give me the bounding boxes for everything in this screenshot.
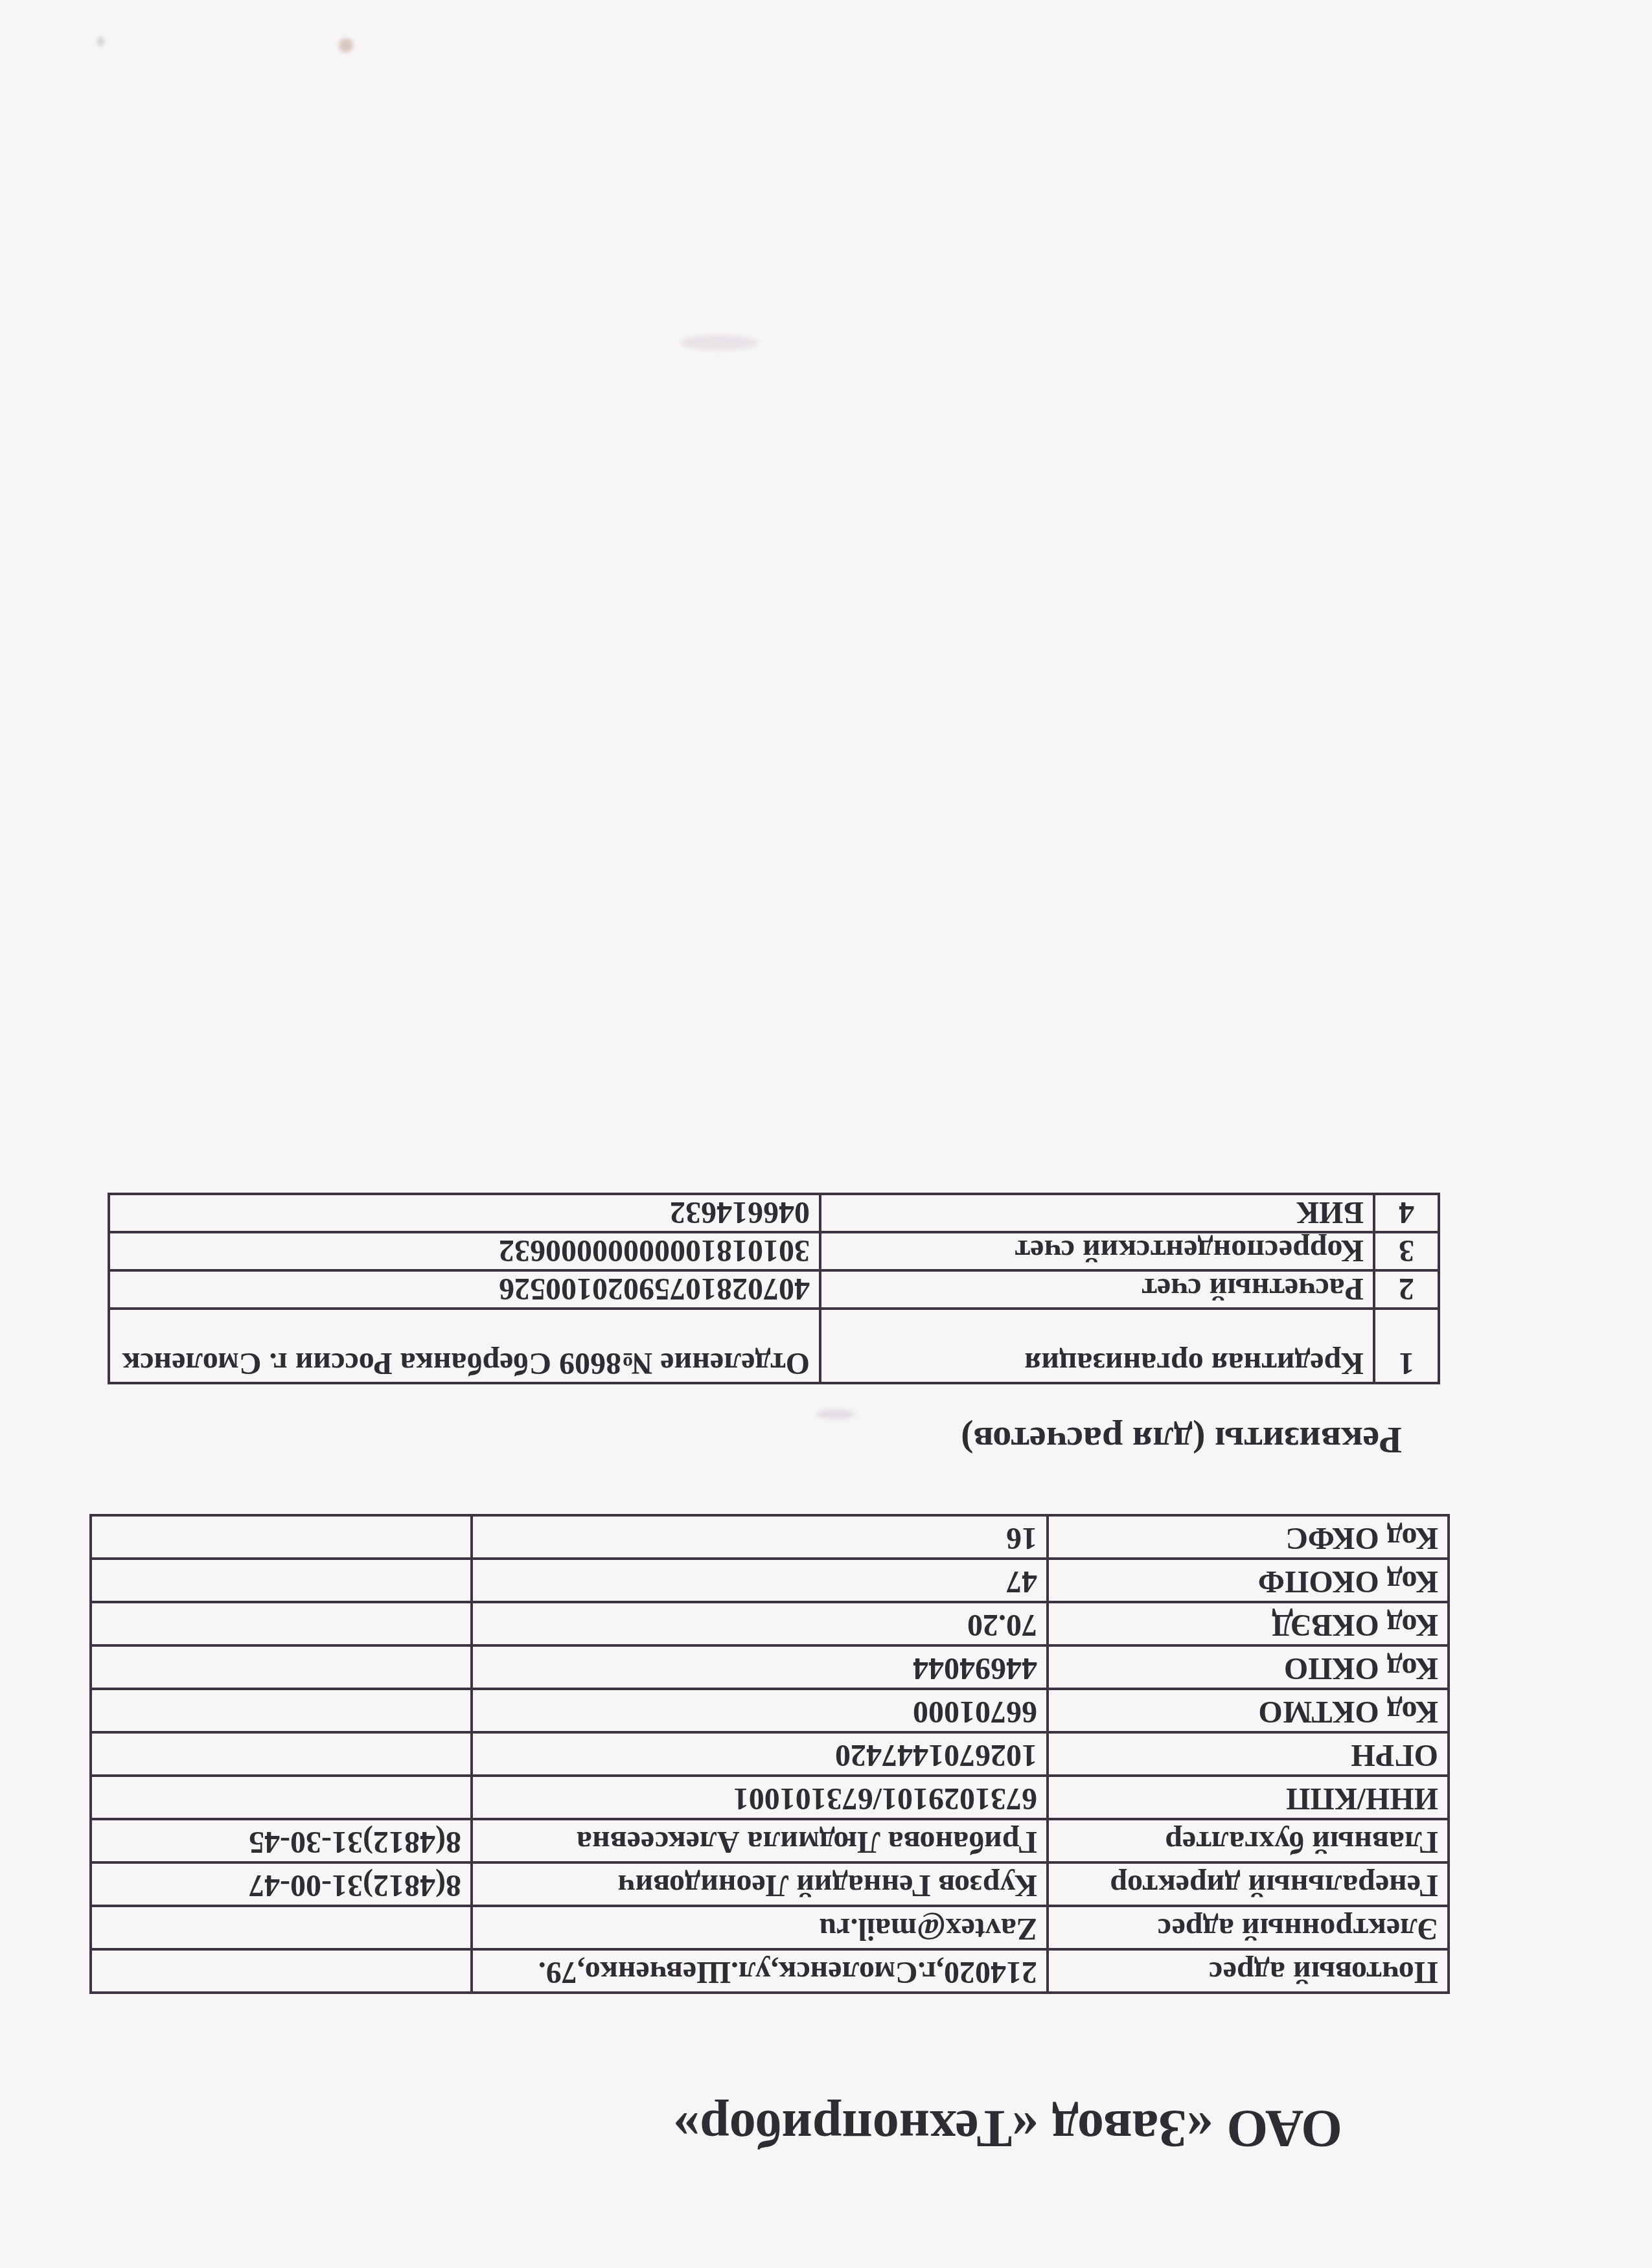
- row-value: 30101810000000000632: [109, 1232, 820, 1270]
- row-value: 40702810759020100526: [109, 1270, 820, 1309]
- table-row: Код ОКФС16: [91, 1515, 1449, 1559]
- row-phone: [91, 1515, 472, 1559]
- row-phone: [91, 1689, 472, 1732]
- scan-speck: [339, 38, 353, 52]
- row-value: Курзов Геннадий Леонидович: [472, 1862, 1048, 1906]
- table-row: Главный бухгалтерГрибанова Людмила Алекс…: [91, 1819, 1449, 1862]
- row-value: Zavtex@mail.ru: [472, 1906, 1048, 1949]
- row-phone: [91, 1906, 472, 1949]
- bank-details-heading: Реквизиты (для расчетов): [961, 1419, 1402, 1462]
- row-phone: [91, 1602, 472, 1645]
- row-value: 47: [472, 1559, 1048, 1602]
- company-title: ОАО «Завод «Техноприбор»: [673, 2098, 1342, 2159]
- row-label: Генеральный директор: [1048, 1862, 1449, 1906]
- bank-details-table: 1Кредитная организацияОтделение №8609 Сб…: [108, 1193, 1440, 1384]
- row-value: Грибанова Людмила Алексеевна: [472, 1819, 1048, 1862]
- row-label: Расчетный счет: [820, 1270, 1374, 1309]
- row-value: 6731029101/673101001: [472, 1776, 1048, 1819]
- row-value: 44694044: [472, 1645, 1048, 1689]
- row-value: 046614632: [109, 1194, 820, 1232]
- table-row: Генеральный директорКурзов Геннадий Леон…: [91, 1862, 1449, 1906]
- row-phone: 8(4812)31-30-45: [91, 1819, 472, 1862]
- row-label: Главный бухгалтер: [1048, 1819, 1449, 1862]
- row-value: 70.20: [472, 1602, 1048, 1645]
- row-label: ИНН/КПП: [1048, 1776, 1449, 1819]
- row-label: Код ОКВЭД: [1048, 1602, 1449, 1645]
- row-label: Код ОКТМО: [1048, 1689, 1449, 1732]
- row-phone: [91, 1559, 472, 1602]
- table-row: 1Кредитная организацияОтделение №8609 Сб…: [109, 1309, 1439, 1383]
- scan-smudge: [816, 1409, 855, 1419]
- row-label: Код ОКПО: [1048, 1645, 1449, 1689]
- row-number: 2: [1374, 1270, 1439, 1309]
- table-row: 3Корреспондентский счет30101810000000000…: [109, 1232, 1439, 1270]
- row-label: Почтовый адрес: [1048, 1949, 1449, 1993]
- row-value: Отделение №8609 Сбербанка России г. Смол…: [109, 1309, 820, 1383]
- row-number: 3: [1374, 1232, 1439, 1270]
- table-row: ИНН/КПП6731029101/673101001: [91, 1776, 1449, 1819]
- row-label: Корреспондентский счет: [820, 1232, 1374, 1270]
- company-details-table: Почтовый адрес214020,г.Смоленск,ул.Шевче…: [89, 1514, 1450, 1994]
- row-phone: [91, 1732, 472, 1776]
- row-value: 214020,г.Смоленск,ул.Шевченко,79.: [472, 1949, 1048, 1993]
- table-row: Код ОКОПФ47: [91, 1559, 1449, 1602]
- table-row: Код ОКТМО66701000: [91, 1689, 1449, 1732]
- row-value: 1026701447420: [472, 1732, 1048, 1776]
- row-value: 16: [472, 1515, 1048, 1559]
- table-row: Код ОКПО44694044: [91, 1645, 1449, 1689]
- table-row: Почтовый адрес214020,г.Смоленск,ул.Шевче…: [91, 1949, 1449, 1993]
- table-row: 4БИК046614632: [109, 1194, 1439, 1232]
- row-phone: 8(4812)31-00-47: [91, 1862, 472, 1906]
- row-label: ОГРН: [1048, 1732, 1449, 1776]
- row-phone: [91, 1776, 472, 1819]
- row-label: Электронный адрес: [1048, 1906, 1449, 1949]
- table-row: Код ОКВЭД70.20: [91, 1602, 1449, 1645]
- scan-speck: [97, 37, 104, 46]
- row-phone: [91, 1645, 472, 1689]
- table-row: 2Расчетный счет40702810759020100526: [109, 1270, 1439, 1309]
- table-row: ОГРН1026701447420: [91, 1732, 1449, 1776]
- row-number: 1: [1374, 1309, 1439, 1383]
- table-row: Электронный адресZavtex@mail.ru: [91, 1906, 1449, 1949]
- row-label: Код ОКОПФ: [1048, 1559, 1449, 1602]
- row-label: Код ОКФС: [1048, 1515, 1449, 1559]
- row-number: 4: [1374, 1194, 1439, 1232]
- row-label: БИК: [820, 1194, 1374, 1232]
- row-phone: [91, 1949, 472, 1993]
- row-label: Кредитная организация: [820, 1309, 1374, 1383]
- scanned-page: ОАО «Завод «Техноприбор» Почтовый адрес2…: [0, 0, 1652, 2268]
- row-value: 66701000: [472, 1689, 1048, 1732]
- scan-smudge: [680, 335, 758, 350]
